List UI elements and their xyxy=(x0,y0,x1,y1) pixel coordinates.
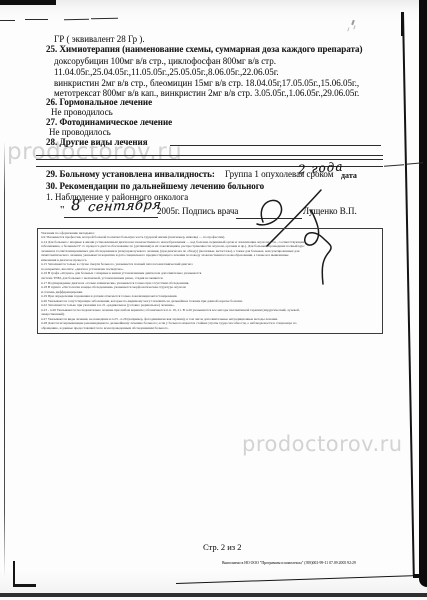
section-29-date-label: дата xyxy=(341,171,357,181)
date-year-and-signature-label: 2005г. Подпись врача xyxy=(157,206,238,216)
scan-corner-mark-horizontal xyxy=(13,584,36,587)
instructions-box: Указания по оформлению вкладыша:п.9 Указ… xyxy=(37,228,383,334)
instructions-lines: Указания по оформлению вкладыша:п.9 Указ… xyxy=(41,231,379,331)
section-29-title: 29. Больному установлена инвалидность: xyxy=(46,169,215,179)
print-info-line: Выполнено в НО ООО "Программы и комплекс… xyxy=(222,558,356,568)
handwritten-disability-term: 2 года xyxy=(298,161,344,174)
section-27-title: 27. Фотодинамическое лечение xyxy=(46,117,172,127)
section-26-title: 26. Гормональное лечение xyxy=(46,97,152,107)
scan-slanted-line xyxy=(176,575,420,584)
instructions-line: обращению, и данные предоставляются по в… xyxy=(41,326,379,331)
scan-corner-mark-vertical xyxy=(13,561,15,585)
section-26-value: Не проводилось xyxy=(51,107,113,117)
scan-line-endcap xyxy=(413,574,420,579)
scan-bottom-band xyxy=(0,593,427,597)
page-number: Стр. 2 из 2 xyxy=(203,542,242,552)
radiation-dose-line: ГР ( эквивалент 28 Гр ). xyxy=(54,34,145,44)
section-27-value: Не проводилось xyxy=(49,127,111,137)
ruled-line xyxy=(36,155,383,156)
scan-dash xyxy=(64,18,89,20)
chemo-line-3: винкристин 2мг в/в стр., блеомицин 15мг … xyxy=(54,78,359,88)
section-25-title: 25. Химиотерапия (наименование схемы, су… xyxy=(46,44,363,54)
watermark: prodoctorov.ru xyxy=(242,432,403,456)
handwritten-date-day: 8 xyxy=(71,200,81,210)
ruled-line xyxy=(170,145,381,146)
date-quote-mark: " xyxy=(60,205,65,215)
chemo-line-1: доксорубицин 100мг в/в стр., циклофосфан… xyxy=(54,56,276,66)
section-30-title: 30. Рекомендации по дальнейшему лечению … xyxy=(46,181,264,191)
scan-left-edge-line xyxy=(4,141,5,577)
scan-right-thin-line xyxy=(402,13,415,576)
ruled-dash xyxy=(384,164,404,166)
handwriting-underline xyxy=(64,217,158,218)
scan-right-edge-band xyxy=(419,0,427,587)
scan-top-black-bar xyxy=(0,0,56,5)
scan-dash xyxy=(0,20,15,21)
scan-speck xyxy=(351,20,355,25)
scanned-document-page: prodoctorov.ru prodoctorov.ru ГР ( эквив… xyxy=(0,0,427,600)
section-28-title: 28. Другие виды лечения xyxy=(46,137,148,147)
handwritten-date-month: сентября xyxy=(87,201,161,214)
scan-dash xyxy=(25,19,48,20)
scan-dash xyxy=(91,17,118,19)
chemo-line-2: 11.04.05г.,25.04.05г.,11.05.05г.,25.05.0… xyxy=(54,67,279,77)
